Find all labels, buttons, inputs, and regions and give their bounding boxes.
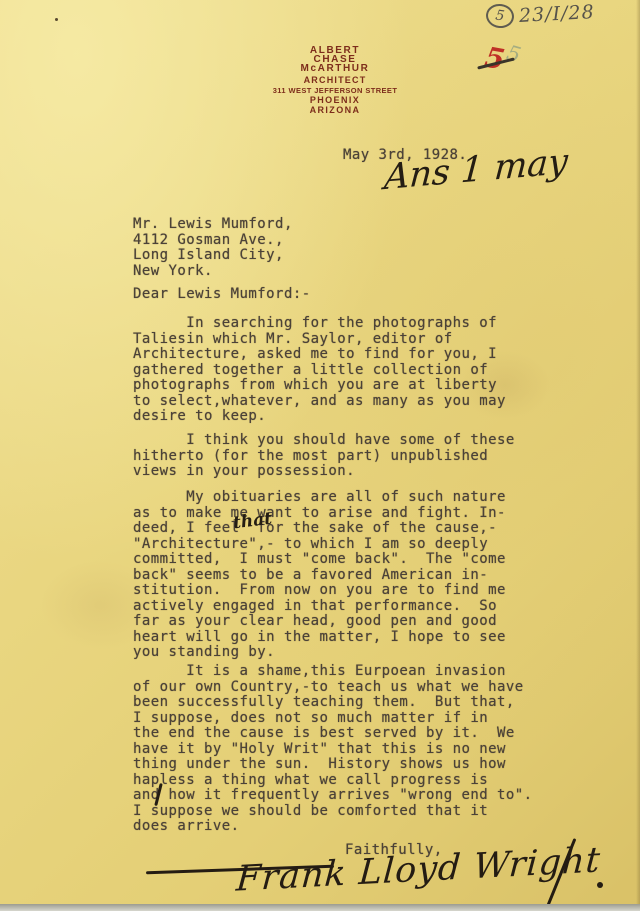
red-number-annotation: 5 bbox=[482, 41, 507, 77]
recipient-address: Mr. Lewis Mumford, 4112 Gosman Ave., Lon… bbox=[133, 217, 293, 279]
paragraph-1: In searching for the photographs of Tali… bbox=[133, 316, 506, 425]
paragraph-3: My obituaries are all of such nature as … bbox=[133, 490, 506, 661]
scan-edge-right bbox=[636, 0, 640, 911]
pencil-date-annotation: 23/I/28 bbox=[518, 1, 595, 27]
signature: Frank Lloyd Wright bbox=[235, 840, 602, 899]
scan-edge-bottom bbox=[0, 904, 640, 911]
paragraph-4: It is a shame,this Eurpoean invasion of … bbox=[133, 664, 533, 835]
letterhead-street-line: 311 WEST JEFFERSON STREET bbox=[273, 86, 398, 95]
letterhead-line: PHOENIX bbox=[310, 95, 360, 105]
salutation: Dear Lewis Mumford:- bbox=[133, 287, 311, 303]
paragraph-2: I think you should have some of these hi… bbox=[133, 433, 515, 480]
letterhead-line: ARCHITECT bbox=[304, 75, 367, 85]
letterhead-line: McARTHUR bbox=[301, 63, 370, 74]
scanned-letter: 5 23/I/28 ALBERT CHASE McARTHUR ARCHITEC… bbox=[0, 0, 640, 911]
signature-period bbox=[597, 882, 603, 888]
letterhead-line: ARIZONA bbox=[310, 105, 361, 115]
circled-number-annotation: 5 bbox=[484, 2, 515, 30]
paper-speck bbox=[55, 18, 58, 21]
